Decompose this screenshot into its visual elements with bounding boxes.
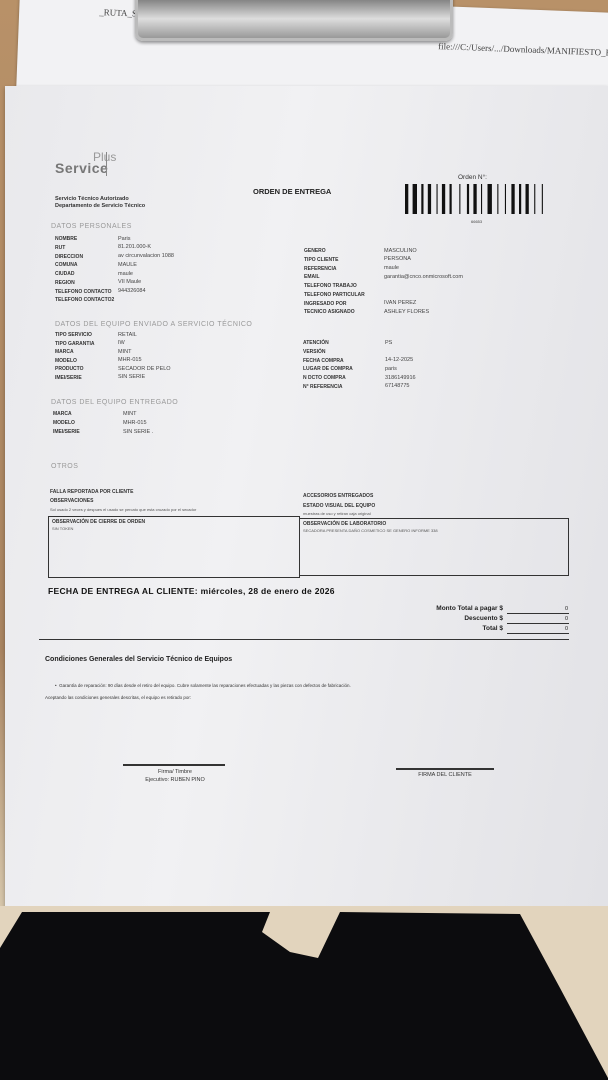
equipment-field-value: RETAIL xyxy=(118,332,137,338)
total-label: Descuento $ xyxy=(383,615,503,622)
personal-field-value: MASCULINO xyxy=(384,248,417,254)
equipment-field-value: MINT xyxy=(118,349,131,355)
equipment-field-value: IW xyxy=(118,340,125,346)
equipment-field-label: N DCTO COMPRA xyxy=(303,375,346,381)
delivery-order-sheet: Plus Service Servicio Técnico Autorizado… xyxy=(5,86,608,908)
lab-observation-text: SECADORA PRESENTA DAÑO COSMETICO SE GENE… xyxy=(300,527,568,534)
personal-field-value: maule xyxy=(118,271,133,277)
personal-field-value: 81.201.000-K xyxy=(118,244,151,250)
total-value: 0 xyxy=(565,606,568,612)
delivery-date: FECHA DE ENTREGA AL CLIENTE: miércoles, … xyxy=(48,586,335,596)
signature-left-line2: Ejecutivo: RUBEN PINO xyxy=(115,777,235,783)
personal-field-label: GENERO xyxy=(304,248,326,254)
delivered-field-value: MHR-015 xyxy=(123,420,147,426)
estado-text: muestras de uso y retiran caja original xyxy=(303,511,371,516)
equipment-field-label: TIPO GARANTIA xyxy=(55,341,94,347)
equipment-field-label: FECHA COMPRA xyxy=(303,358,344,364)
personal-field-label: REFERENCIA xyxy=(304,266,337,272)
personal-field-label: TELEFONO TRABAJO xyxy=(304,283,357,289)
personal-field-value: IVAN PEREZ xyxy=(384,300,416,306)
observaciones-text: Sol usado 2 veces y despues el usado se … xyxy=(50,507,196,512)
clipboard-clip xyxy=(135,0,453,41)
equipment-field-value: SECADOR DE PELO xyxy=(118,366,171,372)
logo-service: Service xyxy=(55,160,108,176)
falla-label: FALLA REPORTADA POR CLIENTE xyxy=(50,489,133,495)
personal-field-label: CIUDAD xyxy=(55,271,74,277)
equipment-field-value: 14-12-2025 xyxy=(385,357,413,363)
conditions-bullet-text: Garantía de reparación: 90 días desde el… xyxy=(59,683,351,688)
conditions-title: Condiciones Generales del Servicio Técni… xyxy=(45,656,232,663)
personal-field-label: RUT xyxy=(55,245,65,251)
order-number-label: Orden N°: xyxy=(458,174,487,181)
personal-field-value: Paris xyxy=(118,236,131,242)
equipment-field-value: PS xyxy=(385,340,392,346)
pdf-path: file:///C:/Users/.../Downloads/MANIFIEST… xyxy=(438,41,608,60)
personal-field-value: maule xyxy=(384,265,399,271)
equipment-field-value: SIN SERIE xyxy=(118,374,145,380)
personal-field-label: COMUNA xyxy=(55,262,78,268)
page-title: ORDEN DE ENTREGA xyxy=(253,187,331,196)
delivered-field-value: MINT xyxy=(123,411,136,417)
personal-field-label: INGRESADO POR xyxy=(304,301,347,307)
logo-divider xyxy=(106,152,107,176)
estado-label: ESTADO VISUAL DEL EQUIPO xyxy=(303,503,375,509)
equipment-field-label: MODELO xyxy=(55,358,77,364)
equipment-field-label: TIPO SERVICIO xyxy=(55,332,92,338)
equipment-field-value: MHR-015 xyxy=(118,357,142,363)
signature-line-left xyxy=(123,764,225,766)
total-label: Total $ xyxy=(383,625,503,632)
total-value: 0 xyxy=(565,626,568,632)
personal-field-label: DIRECCION xyxy=(55,254,83,260)
dept-line-1: Servicio Técnico Autorizado xyxy=(55,196,129,202)
divider xyxy=(39,639,569,640)
personal-field-value: ASHLEY FLORES xyxy=(384,309,429,315)
total-label: Monto Total a pagar $ xyxy=(383,605,503,612)
equipment-field-value: paris xyxy=(385,366,397,372)
delivered-field-label: IMEI/SERIE xyxy=(53,429,80,435)
delivered-field-label: MODELO xyxy=(53,420,75,426)
conditions-accept: Aceptando las condiciones generales desc… xyxy=(45,695,191,700)
personal-field-label: TIPO CLIENTE xyxy=(304,257,338,263)
signature-line-right xyxy=(396,768,494,770)
delivery-date-label: FECHA DE ENTREGA AL CLIENTE: xyxy=(48,586,198,596)
equipment-field-value: 67148775 xyxy=(385,383,409,389)
delivered-field-value: SIN SERIE . xyxy=(123,429,153,435)
closing-observation-text: SIN TOKEN xyxy=(49,525,299,532)
closing-observation-title: OBSERVACIÓN DE CIERRE DE ORDEN xyxy=(49,517,299,525)
lab-observation-box: OBSERVACIÓN DE LABORATORIO SECADORA PRES… xyxy=(299,518,569,576)
personal-field-label: NOMBRE xyxy=(55,236,77,242)
personal-field-label: TELEFONO PARTICULAR xyxy=(304,292,365,298)
personal-field-label: TELEFONO CONTACTO xyxy=(55,289,111,295)
personal-field-label: TELEFONO CONTACTO2 xyxy=(55,297,114,303)
personal-field-value: av circunvalacion 1088 xyxy=(118,253,174,259)
closing-observation-box: OBSERVACIÓN DE CIERRE DE ORDEN SIN TOKEN xyxy=(48,516,300,578)
equipment-field-value: 3186149916 xyxy=(385,375,416,381)
personal-field-value: PERSONA xyxy=(384,256,411,262)
observaciones-label: OBSERVACIONES xyxy=(50,498,93,504)
equipment-field-label: MARCA xyxy=(55,349,74,355)
personal-field-label: REGION xyxy=(55,280,75,286)
barcode-icon xyxy=(401,184,551,214)
equipment-field-label: PRODUCTO xyxy=(55,366,84,372)
section-sent-equipment: DATOS DEL EQUIPO ENVIADO A SERVICIO TÉCN… xyxy=(55,321,252,328)
equipment-field-label: N° REFERENCIA xyxy=(303,384,343,390)
signature-left-line1: Firma/ Timbre xyxy=(115,769,235,775)
total-line xyxy=(507,623,569,624)
barcode-number: 66653 xyxy=(471,219,482,224)
personal-field-value: MAULE xyxy=(118,262,137,268)
total-line xyxy=(507,633,569,634)
conditions-bullet: • Garantía de reparación: 90 días desde … xyxy=(55,683,351,688)
personal-field-label: TECNICO ASIGNADO xyxy=(304,309,355,315)
section-personal: DATOS PERSONALES xyxy=(51,223,132,230)
section-others: OTROS xyxy=(51,463,78,470)
total-line xyxy=(507,613,569,614)
equipment-field-label: IMEI/SERIE xyxy=(55,375,82,381)
lab-observation-title: OBSERVACIÓN DE LABORATORIO xyxy=(300,519,568,527)
signature-right-label: FIRMA DEL CLIENTE xyxy=(385,772,505,778)
equipment-field-label: VERSIÓN xyxy=(303,349,326,355)
dark-clothing xyxy=(0,908,608,1080)
equipment-field-label: ATENCIÓN xyxy=(303,340,329,346)
personal-field-value: VII Maule xyxy=(118,279,141,285)
accesorios-label: ACCESORIOS ENTREGADOS xyxy=(303,493,373,499)
personal-field-label: EMAIL xyxy=(304,274,320,280)
delivered-field-label: MARCA xyxy=(53,411,72,417)
section-delivered-equipment: DATOS DEL EQUIPO ENTREGADO xyxy=(51,399,178,406)
delivery-date-value: miércoles, 28 de enero de 2026 xyxy=(201,586,335,596)
personal-field-value: garantia@cnco.onmicrosoft.com xyxy=(384,274,463,280)
dept-line-2: Departamento de Servicio Técnico xyxy=(55,203,145,209)
total-value: 0 xyxy=(565,616,568,622)
personal-field-value: 944326084 xyxy=(118,288,146,294)
equipment-field-label: LUGAR DE COMPRA xyxy=(303,366,353,372)
